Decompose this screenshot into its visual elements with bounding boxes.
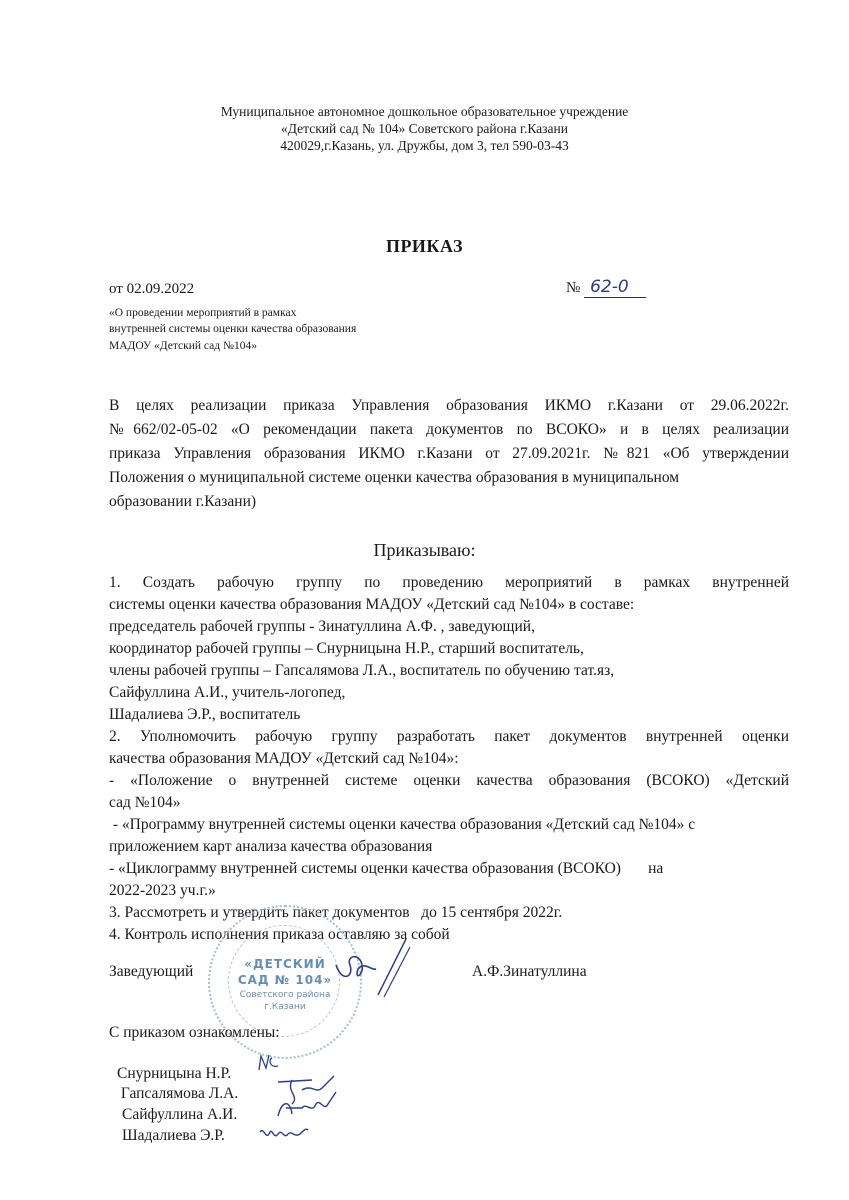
acknowledged-name: Сайфуллина А.И.: [122, 1104, 237, 1126]
acknowledged-heading: С приказом ознакомлены:: [109, 1022, 280, 1044]
item-line: системы оценки качества образования МАДО…: [109, 594, 634, 616]
item-line: - «Программу внутренней системы оценки к…: [109, 814, 695, 836]
signature-gapsalyamova-saifullina-icon: [272, 1074, 342, 1122]
item-line: сад №104»: [109, 792, 181, 814]
order-heading: Приказываю:: [0, 540, 849, 561]
signatory-position: Заведующий: [109, 961, 193, 983]
subject-line-3: МАДОУ «Детский сад №104»: [109, 338, 257, 354]
preamble-line: Положения о муниципальной системе оценки…: [109, 467, 679, 489]
item-line: приложением карт анализа качества образо…: [109, 836, 432, 858]
item-line: 2. Уполномочить рабочую группу разработа…: [109, 726, 789, 748]
preamble-line: приказа Управления образования ИКМО г.Ка…: [109, 442, 789, 466]
signature-shadalieva-icon: [256, 1122, 312, 1148]
preamble-line: образовании г.Казани): [109, 491, 256, 513]
item-line: Сайфуллина А.И., учитель-логопед,: [109, 682, 345, 704]
director-signature-icon: [328, 935, 418, 1005]
item-line: члены рабочей группы – Гапсалямова Л.А.,…: [109, 660, 614, 682]
order-number: № 62-0: [566, 277, 646, 298]
preamble-line: В целях реализации приказа Управления об…: [109, 394, 789, 418]
acknowledged-name: Снурницына Н.Р.: [117, 1063, 231, 1085]
subject-line-2: внутренней системы оценки качества образ…: [109, 321, 356, 337]
institution-address: 420029,г.Казань, ул. Дружбы, дом 3, тел …: [0, 137, 849, 154]
subject-line-1: «О проведении мероприятий в рамках: [109, 305, 296, 321]
institution-name: Муниципальное автономное дошкольное обра…: [0, 103, 849, 120]
acknowledged-name: Гапсалямова Л.А.: [117, 1083, 238, 1105]
item-line: 2022-2023 уч.г.»: [109, 880, 216, 902]
item-line: - «Циклограмму внутренней системы оценки…: [109, 858, 663, 880]
signature-snurnitsyna-icon: [256, 1052, 286, 1076]
document-title: ПРИКАЗ: [0, 236, 849, 257]
item-line: - «Положение о внутренней системе оценки…: [109, 770, 789, 792]
item-line: 3. Рассмотреть и утвердить пакет докумен…: [109, 902, 562, 924]
item-line: качества образования МАДОУ «Детский сад …: [109, 748, 459, 770]
order-date: от 02.09.2022: [109, 281, 194, 298]
item-line: Шадалиева Э.Р., воспитатель: [109, 704, 300, 726]
institution-subtitle: «Детский сад № 104» Советского района г.…: [0, 120, 849, 137]
acknowledged-name: Шадалиева Э.Р.: [122, 1125, 225, 1147]
number-value: 62-0: [584, 277, 646, 298]
item-line: председатель рабочей группы - Зинатуллин…: [109, 616, 535, 638]
number-label: №: [566, 280, 580, 296]
item-line: 1. Создать рабочую группу по проведению …: [109, 572, 789, 594]
signatory-name: А.Ф.Зинатуллина: [472, 961, 587, 983]
preamble-line: №662/02-05-02 «О рекомендации пакета док…: [109, 418, 789, 442]
item-line: координатор рабочей группы – Снурницына …: [109, 638, 584, 660]
